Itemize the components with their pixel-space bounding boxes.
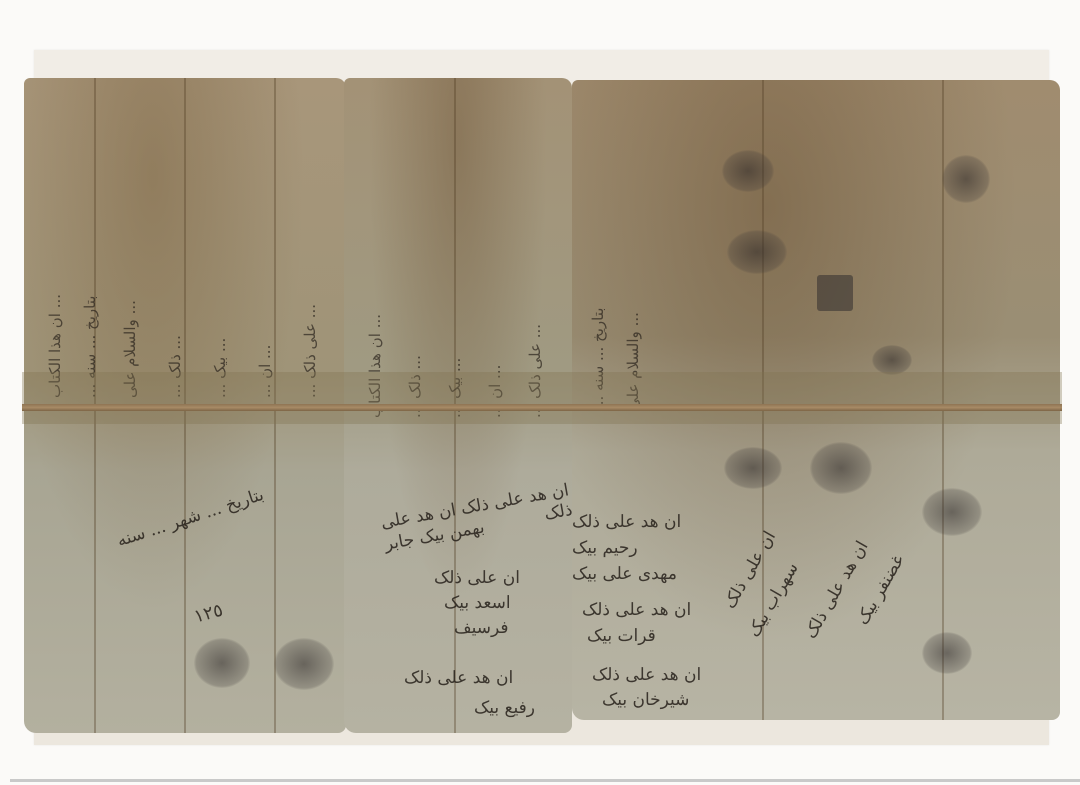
text-column: ... بتاریخ ... سنه — [79, 98, 105, 398]
witness-note: اسعد بیک — [444, 593, 511, 613]
witness-note: مهدی علی بیک — [572, 564, 677, 584]
seal-stamp — [942, 155, 990, 203]
witness-note: ان هد علی ذلک — [592, 665, 701, 685]
text-column: والسلام علی ... — [119, 98, 145, 398]
witness-note: شیرخان بیک — [602, 690, 689, 710]
text-column: ان هذا الکتاب ... — [364, 98, 390, 418]
witness-note: ان هد علی ذلک — [404, 668, 513, 688]
scan-edge-line — [10, 779, 1080, 782]
text-column: ... بتاریخ ... سنه — [587, 100, 613, 410]
horizontal-fold — [22, 404, 1062, 411]
witness-note: رحیم بیک — [572, 538, 638, 558]
seal-stamp — [274, 638, 334, 690]
witness-note: ان هد علی ذلک — [582, 600, 691, 620]
text-column: ... ذلک ... — [404, 98, 430, 418]
seal-stamp — [194, 638, 250, 688]
seal-stamp — [724, 447, 782, 489]
witness-note: ان هد علی ذلک — [801, 538, 873, 643]
square-seal-stamp — [817, 275, 853, 311]
seal-stamp — [922, 488, 982, 536]
text-column: ... علی ذلک ... — [299, 98, 325, 398]
witness-note: رفیع بیک — [474, 698, 535, 718]
witness-note: فرسیف — [454, 618, 508, 638]
text-column: ... علی ذلک ... — [524, 98, 550, 418]
witness-note: ان هد علی ذلک — [572, 512, 681, 532]
witness-note: ان علی ذلک — [434, 568, 520, 588]
text-column: والسلام علی ... — [622, 100, 648, 410]
seal-stamp — [810, 442, 872, 494]
dated-note: بتاریخ ... شهر ... سنه — [115, 485, 267, 551]
text-column: ... بیک ... — [209, 98, 235, 398]
seal-stamp — [727, 230, 787, 274]
date-numerals: ١٢٥ — [192, 600, 225, 628]
text-column: ... ان ... — [484, 98, 510, 418]
text-column: ان هذا الکتاب ... — [44, 98, 70, 398]
witness-note: قرات بیک — [587, 626, 656, 646]
seal-stamp — [922, 632, 972, 674]
seal-stamp — [872, 345, 912, 375]
repair-tape-strip — [22, 372, 1062, 424]
text-column: ... ان ... — [254, 98, 280, 398]
text-column: ... ذلک ... — [164, 98, 190, 398]
text-column: ... بیک ... — [444, 98, 470, 418]
seal-stamp — [722, 150, 774, 192]
